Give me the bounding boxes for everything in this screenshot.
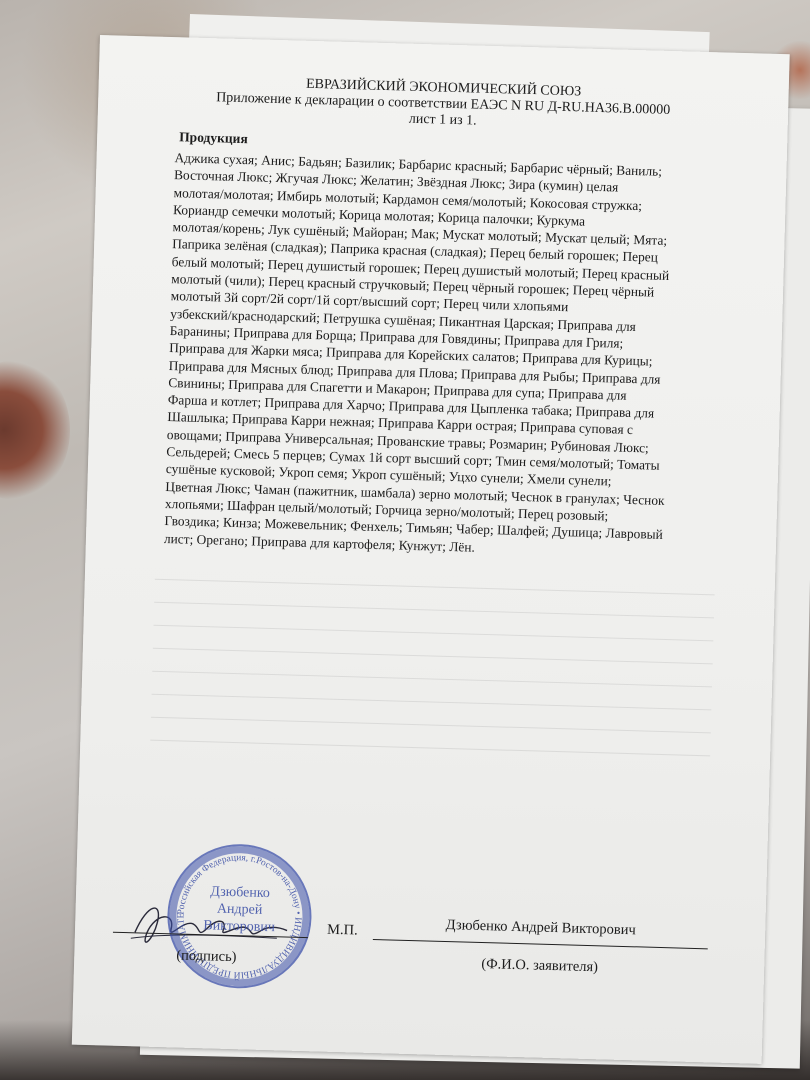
applicant-caption: (Ф.И.О. заявителя) bbox=[372, 953, 707, 979]
official-stamp: Российская Федерация, г.Ростов-на-Дону •… bbox=[165, 842, 313, 990]
document-header: ЕВРАЗИЙСКИЙ ЭКОНОМИЧЕСКИЙ СОЮЗ Приложени… bbox=[98, 71, 789, 138]
section-title: Продукция bbox=[179, 129, 248, 147]
applicant-name: Дзюбенко Андрей Викторович bbox=[373, 915, 708, 941]
background-ornament bbox=[0, 360, 70, 500]
applicant-name-line bbox=[373, 939, 708, 949]
product-list: Аджика сухая; Анис; Бадьян; Базилик; Бар… bbox=[164, 149, 735, 562]
document-page: ЕВРАЗИЙСКИЙ ЭКОНОМИЧЕСКИЙ СОЮЗ Приложени… bbox=[72, 35, 790, 1064]
seal-label: М.П. bbox=[327, 922, 358, 940]
signature-caption: (подпись) bbox=[176, 947, 237, 966]
stamp-center-text: Дзюбенко Андрей Викторович bbox=[169, 882, 310, 937]
show-through-table bbox=[148, 557, 715, 833]
